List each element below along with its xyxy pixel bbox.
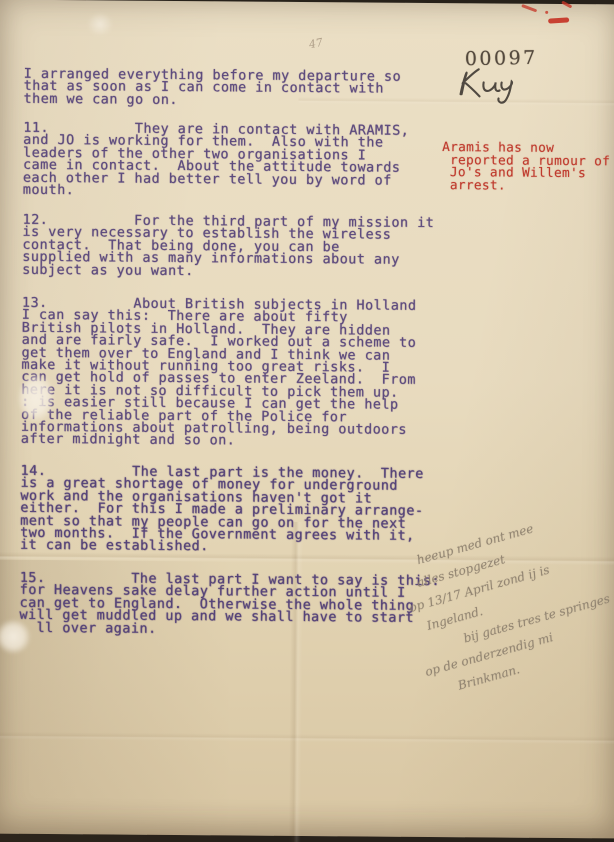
paper-damage [87,12,113,36]
red-ink-mark [548,17,569,23]
pencil-note: heeup med ont mee alles stopgezet op 13/… [393,497,614,704]
typed-paragraph-14: 14. The last part is the money. There is… [20,465,424,555]
document-page: 00097 47 I arranged everything before my… [0,0,614,838]
typed-paragraph-11: 11. They are in contact with ARAMIS, and… [23,122,410,199]
paper-damage [18,374,54,422]
pencil-mark: 47 [308,36,324,52]
scanned-photo: { "page": { "stamp": "00097", "pencil_ma… [0,0,614,842]
typed-paragraph-15: 15. The last part I want to say is this:… [19,572,440,637]
typed-paragraph-13: 13. About British subjects in Holland I … [21,297,417,449]
fold-crease-vertical [289,522,304,842]
typed-paragraph-intro: I arranged everything before my departur… [23,68,401,108]
typed-paragraph-12: 12. For the third part of my mission it … [22,214,434,279]
red-ink-mark [545,11,548,14]
red-ink-mark [521,4,537,12]
red-ink-mark [561,1,572,9]
red-annotation: Aramis has now reported a rumour of Jo's… [442,142,610,194]
signature-scrawl-icon [453,60,525,105]
